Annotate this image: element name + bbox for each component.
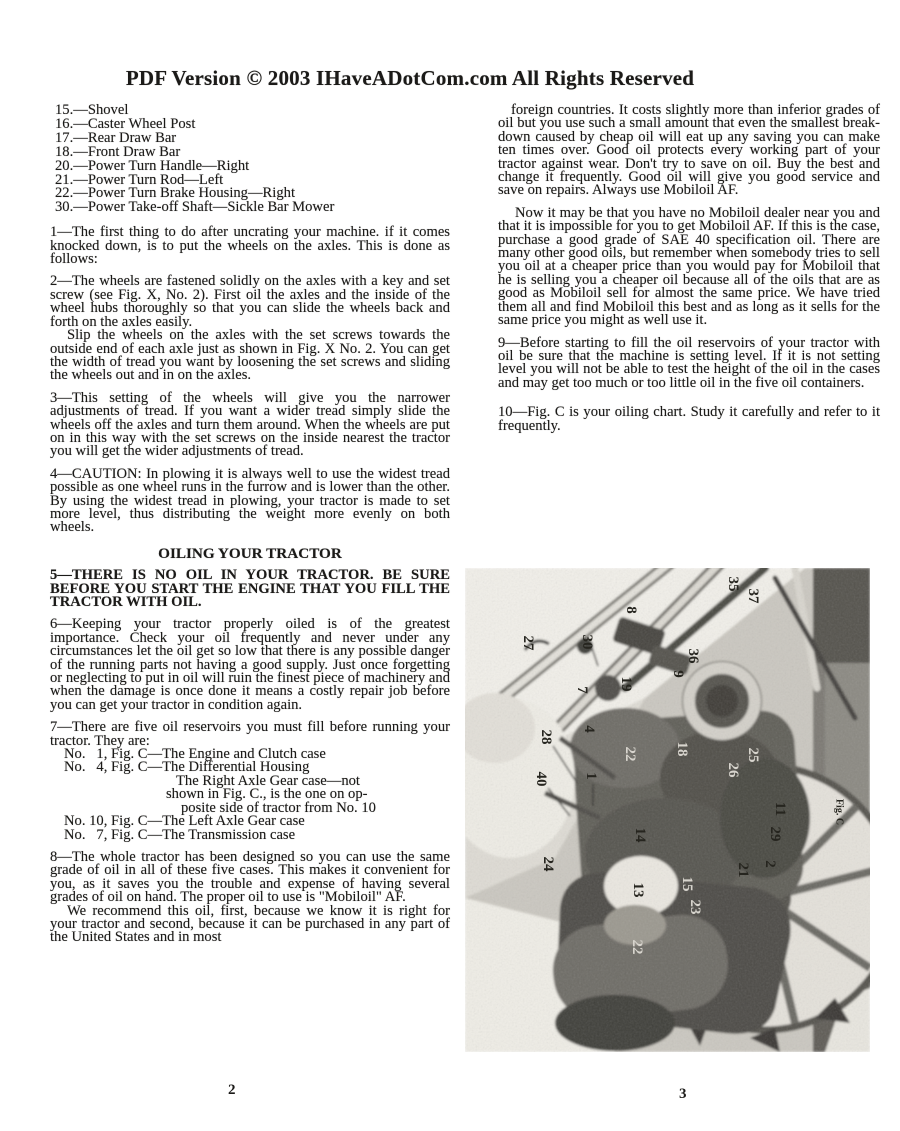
paragraph-5: 5—THERE IS NO OIL IN YOUR TRACTOR. BE SU… bbox=[50, 569, 450, 609]
left-column: 15.—Shovel 16.—Caster Wheel Post 17.—Rea… bbox=[50, 104, 450, 945]
figure-label: 29 bbox=[767, 827, 783, 842]
figure-label: 7 bbox=[574, 686, 590, 694]
paragraph-6: 6—Keeping your tractor properly oiled is… bbox=[50, 618, 450, 712]
figure-label: 26 bbox=[725, 763, 741, 779]
figure-label: 23 bbox=[687, 900, 703, 915]
figure-label: 25 bbox=[745, 748, 761, 763]
figure-caption: Fig. C bbox=[834, 799, 845, 825]
tractor-figure-photo: 27 30 8 35 37 36 9 19 7 4 28 40 1 22 18 … bbox=[465, 568, 870, 1052]
figure-label: 28 bbox=[538, 730, 554, 745]
figure-label: 14 bbox=[632, 828, 648, 844]
figure-label: 1 bbox=[583, 772, 599, 780]
paragraph-8: 8—The whole tractor has been designed so… bbox=[50, 851, 450, 905]
page-number-right: 3 bbox=[679, 1086, 687, 1103]
paragraph-10: 10—Fig. C is your oiling chart. Study it… bbox=[498, 406, 880, 433]
oil-reservoir-list: No. 1, Fig. C—The Engine and Clutch case… bbox=[50, 748, 450, 842]
paragraph-3: 3—This setting of the wheels will give y… bbox=[50, 392, 450, 459]
parts-list-item: 30.—Power Take-off Shaft—Sickle Bar Mowe… bbox=[55, 201, 450, 215]
figure-label: 30 bbox=[579, 635, 595, 650]
figure-label: 22 bbox=[629, 940, 645, 955]
paragraph-2-continued: Slip the wheels on the axles with the se… bbox=[50, 329, 450, 383]
figure-label: 22 bbox=[622, 747, 638, 762]
figure-label: 2 bbox=[762, 860, 778, 868]
reservoir-line: No. 7, Fig. C—The Transmission case bbox=[64, 829, 450, 842]
figure-label: 27 bbox=[520, 636, 536, 652]
right-column: foreign countries. It costs slightly mor… bbox=[498, 104, 880, 433]
paragraph-7: 7—There are five oil reservoirs you must… bbox=[50, 721, 450, 748]
figure-label: 19 bbox=[618, 677, 634, 692]
paragraph-4: 4—CAUTION: In plowing it is always well … bbox=[50, 468, 450, 535]
figure-label: 15 bbox=[679, 877, 695, 892]
figure-label: 18 bbox=[674, 742, 690, 757]
figure-label: 37 bbox=[745, 589, 761, 605]
figure-label: 11 bbox=[772, 802, 788, 816]
parts-list: 15.—Shovel 16.—Caster Wheel Post 17.—Rea… bbox=[55, 104, 450, 215]
section-heading: OILING YOUR TRACTOR bbox=[50, 547, 450, 560]
paragraph-2: 2—The wheels are fastened solidly on the… bbox=[50, 275, 450, 329]
paragraph-dealer: Now it may be that you have no Mobiloil … bbox=[498, 207, 880, 328]
figure-label: 36 bbox=[685, 649, 701, 665]
paragraph-9: 9—Before starting to fill the oil reserv… bbox=[498, 337, 880, 391]
figure-label: 35 bbox=[725, 577, 741, 592]
paragraph-8-continued: We recommend this oil, first, because we… bbox=[50, 905, 450, 945]
paragraph-continued-foreign: foreign countries. It costs slightly mor… bbox=[498, 104, 880, 198]
figure-label: 9 bbox=[670, 670, 686, 678]
figure-label: 8 bbox=[623, 606, 639, 614]
figure-label: 13 bbox=[630, 883, 646, 898]
paragraph-1: 1—The first thing to do after uncrating … bbox=[50, 226, 450, 266]
tractor-photo-svg: 27 30 8 35 37 36 9 19 7 4 28 40 1 22 18 … bbox=[465, 568, 870, 1052]
figure-label: 4 bbox=[581, 725, 597, 733]
figure-label: 40 bbox=[533, 772, 549, 787]
page-number-left: 2 bbox=[228, 1082, 236, 1099]
manual-page: PDF Version © 2003 IHaveADotCom.com All … bbox=[0, 0, 900, 1131]
page-title: PDF Version © 2003 IHaveADotCom.com All … bbox=[95, 66, 725, 91]
figure-label: 21 bbox=[735, 863, 751, 878]
figure-label: 24 bbox=[540, 857, 556, 873]
